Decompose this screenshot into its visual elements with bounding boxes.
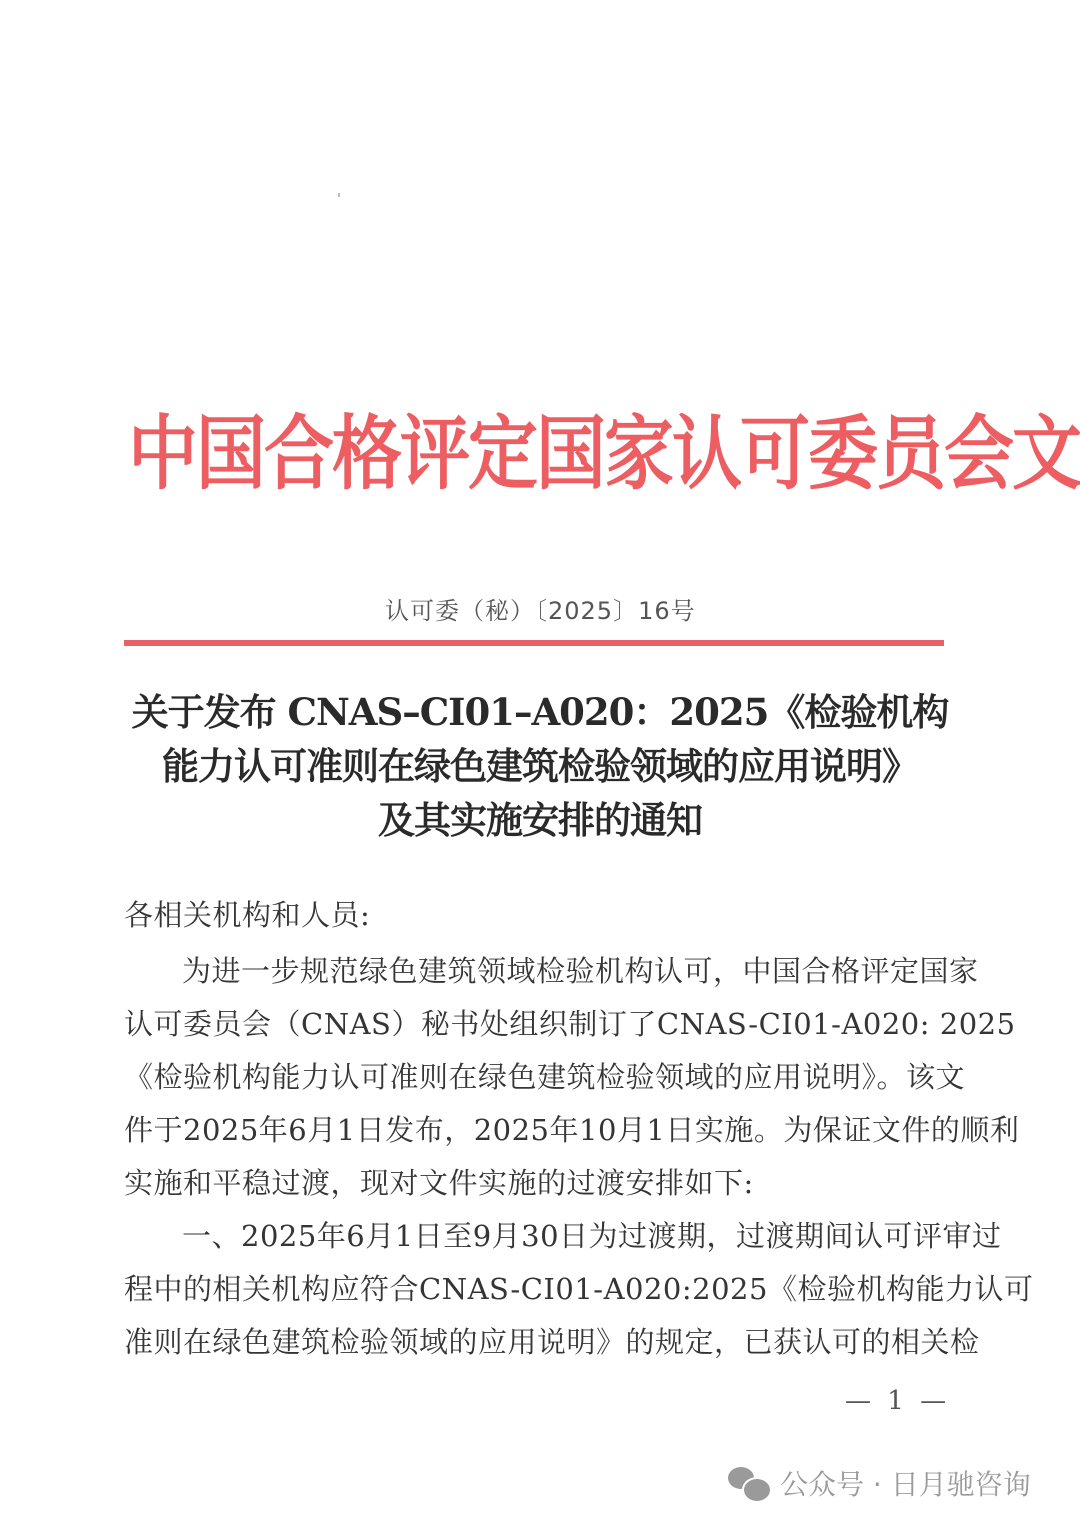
paragraph-line: 程中的相关机构应符合CNAS-CI01-A020:2025《检验机构能力认可 xyxy=(124,1263,939,1316)
scan-speck xyxy=(338,193,340,197)
paragraph-line: 件于2025年6月1日发布，2025年10月1日实施。为保证文件的顺利 xyxy=(124,1104,939,1157)
wechat-icon xyxy=(728,1465,770,1501)
paragraph-line: 认可委员会（CNAS）秘书处组织制订了CNAS-CI01-A020: 2025 xyxy=(124,998,939,1051)
notice-title-line: 及其实施安排的通知 xyxy=(130,793,950,847)
paragraph-line: 一、2025年6月1日至9月30日为过渡期，过渡期间认可评审过 xyxy=(124,1210,939,1263)
document-page: 中国合格评定国家认可委员会文件 认可委（秘）〔2025〕16号 关于发布 CNA… xyxy=(0,0,1080,1528)
watermark-text: 公众号 · 日月驰咨询 xyxy=(780,1463,1031,1503)
paragraph-line: 为进一步规范绿色建筑领域检验机构认可，中国合格评定国家 xyxy=(124,945,939,998)
paragraph-line: 实施和平稳过渡，现对文件实施的过渡安排如下: xyxy=(124,1157,939,1210)
wechat-watermark: 公众号 · 日月驰咨询 xyxy=(728,1463,1031,1503)
salutation: 各相关机构和人员: xyxy=(124,893,939,934)
issuer-header-title: 中国合格评定国家认可委员会文件 xyxy=(128,402,928,506)
red-divider-rule xyxy=(124,640,944,646)
document-number: 认可委（秘）〔2025〕16号 xyxy=(385,594,705,628)
notice-title-line: 能力认可准则在绿色建筑检验领域的应用说明》 xyxy=(130,739,950,793)
notice-title-line: 关于发布 CNAS–CI01–A020：2025《检验机构 xyxy=(130,685,950,739)
paragraph-2: 一、2025年6月1日至9月30日为过渡期，过渡期间认可评审过 程中的相关机构应… xyxy=(124,1210,939,1369)
page-number: — 1 — xyxy=(845,1386,950,1416)
paragraph-1: 为进一步规范绿色建筑领域检验机构认可，中国合格评定国家 认可委员会（CNAS）秘… xyxy=(124,945,939,1210)
paragraph-line: 《检验机构能力认可准则在绿色建筑检验领域的应用说明》。该文 xyxy=(124,1051,939,1104)
notice-title: 关于发布 CNAS–CI01–A020：2025《检验机构 能力认可准则在绿色建… xyxy=(130,685,950,847)
paragraph-line: 准则在绿色建筑检验领域的应用说明》的规定，已获认可的相关检 xyxy=(124,1316,939,1369)
